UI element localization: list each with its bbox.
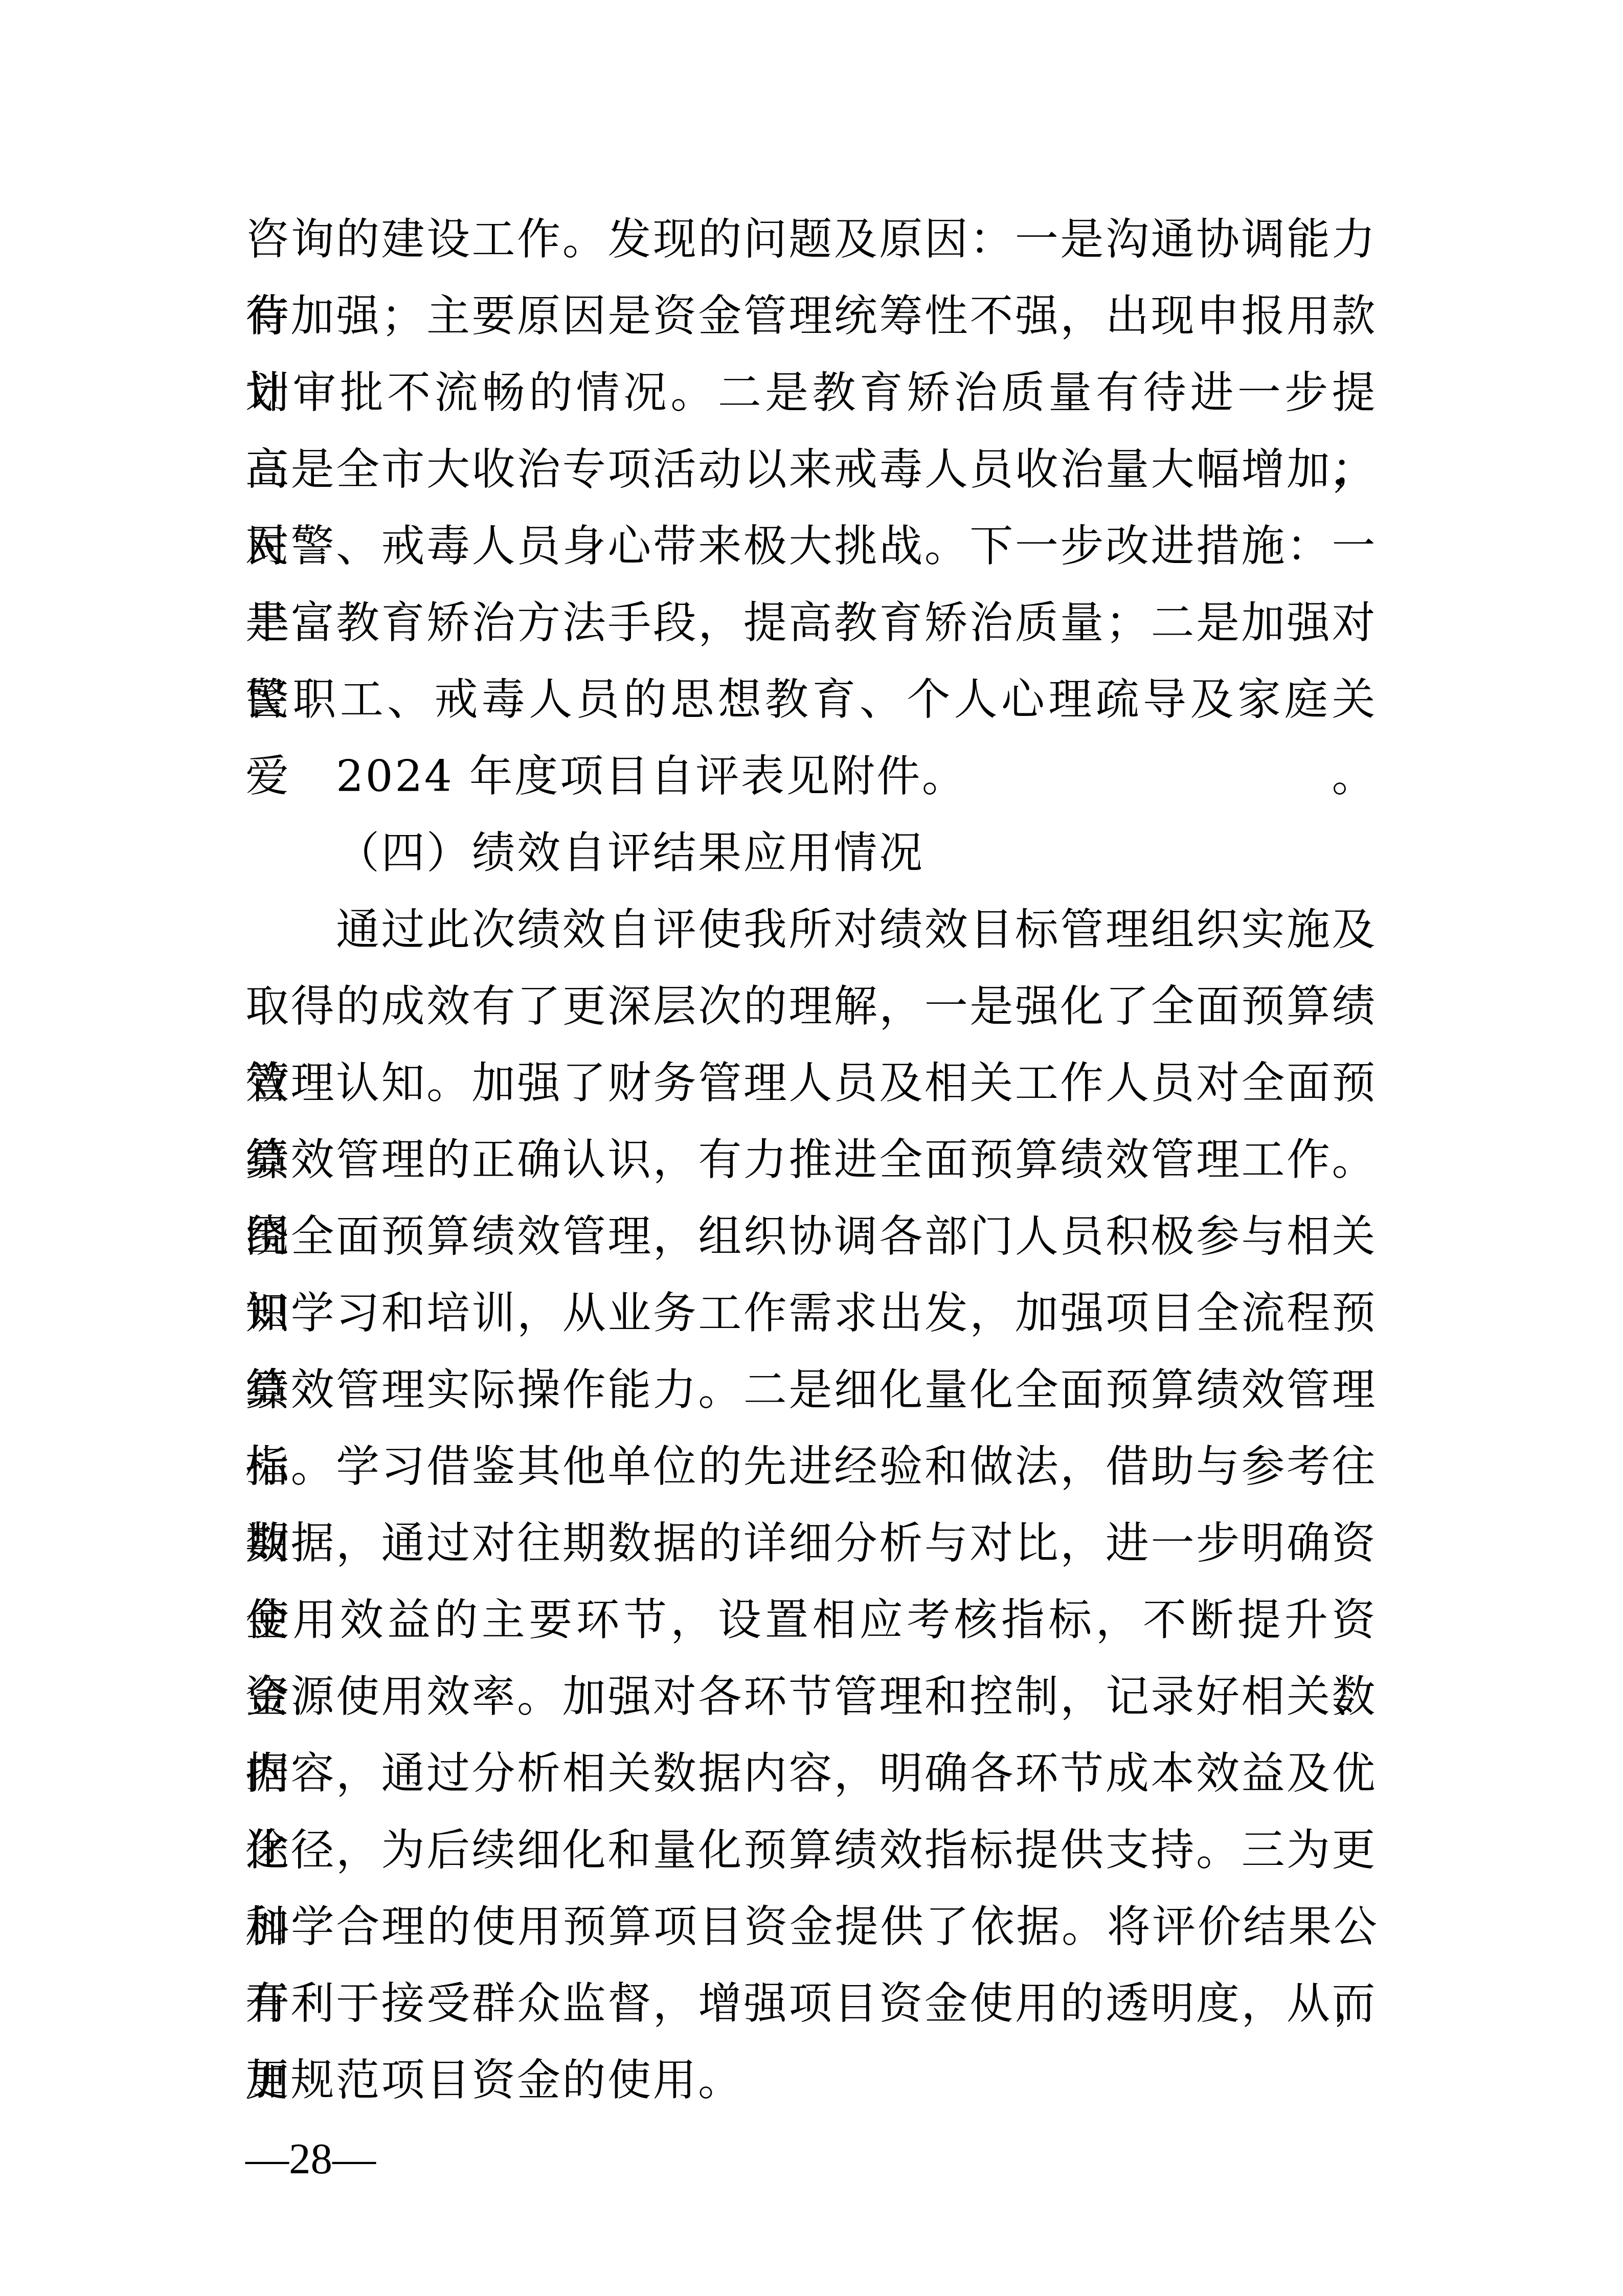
page-number: —28—	[245, 2137, 376, 2181]
body-line: 数据，通过对往期数据的详细分析与对比，进一步明确资金	[245, 1505, 1377, 1582]
body-line: 三是全市大收治专项活动以来戒毒人员收治量大幅增加，对	[245, 432, 1377, 508]
body-line: 资源使用效率。加强对各环节管理和控制，记录好相关数据	[245, 1659, 1377, 1736]
document-page: 咨询的建设工作。发现的问题及原因：一是沟通协调能力有 待加强；主要原因是资金管理…	[0, 0, 1623, 2296]
body-line: 识学习和培训，从业务工作需求出发，加强项目全流程预算	[245, 1275, 1377, 1352]
body-line: 内容，通过分析相关数据内容，明确各环节成本效益及优化	[245, 1736, 1377, 1812]
body-line: 待加强；主要原因是资金管理统筹性不强，出现申报用款计	[245, 278, 1377, 355]
body-line: 使用效益的主要环节，设置相应考核指标，不断提升资金、	[245, 1582, 1377, 1659]
body-line: 绕全面预算绩效管理，组织协调各部门人员积极参与相关知	[245, 1199, 1377, 1275]
body-line: 民警、戒毒人员身心带来极大挑战。下一步改进措施：一是	[245, 508, 1377, 585]
body-line: 取得的成效有了更深层次的理解，一是强化了全面预算绩效	[245, 969, 1377, 1045]
body-line: 丰富教育矫治方法手段，提高教育矫治质量；二是加强对民	[245, 585, 1377, 662]
body-line: 管理认知。加强了财务管理人员及相关工作人员对全面预算	[245, 1045, 1377, 1122]
body-line: 划审批不流畅的情况。二是教育矫治质量有待进一步提高；	[245, 355, 1377, 432]
body-line: 绩效管理的正确认识，有力推进全面预算绩效管理工作。围	[245, 1122, 1377, 1199]
body-line: 科学合理的使用预算项目资金提供了依据。将评价结果公开，	[245, 1889, 1377, 1966]
body-line: 标。学习借鉴其他单位的先进经验和做法，借助与参考往期	[245, 1429, 1377, 1505]
body-line: 有利于接受群众监督，增强项目资金使用的透明度，从而更	[245, 1966, 1377, 2042]
body-line: 咨询的建设工作。发现的问题及原因：一是沟通协调能力有	[245, 201, 1377, 278]
body-line: 通过此次绩效自评使我所对绩效目标管理组织实施及	[245, 892, 1377, 969]
body-line: 绩效管理实际操作能力。二是细化量化全面预算绩效管理指	[245, 1352, 1377, 1429]
document-body: 咨询的建设工作。发现的问题及原因：一是沟通协调能力有 待加强；主要原因是资金管理…	[245, 201, 1377, 2119]
body-line: 警职工、戒毒人员的思想教育、个人心理疏导及家庭关爱。	[245, 662, 1377, 738]
body-line: 途径，为后续细化和量化预算绩效指标提供支持。三为更加	[245, 1812, 1377, 1889]
body-line: 加规范项目资金的使用。	[245, 2042, 1377, 2119]
section-heading: （四）绩效自评结果应用情况	[245, 815, 1377, 892]
